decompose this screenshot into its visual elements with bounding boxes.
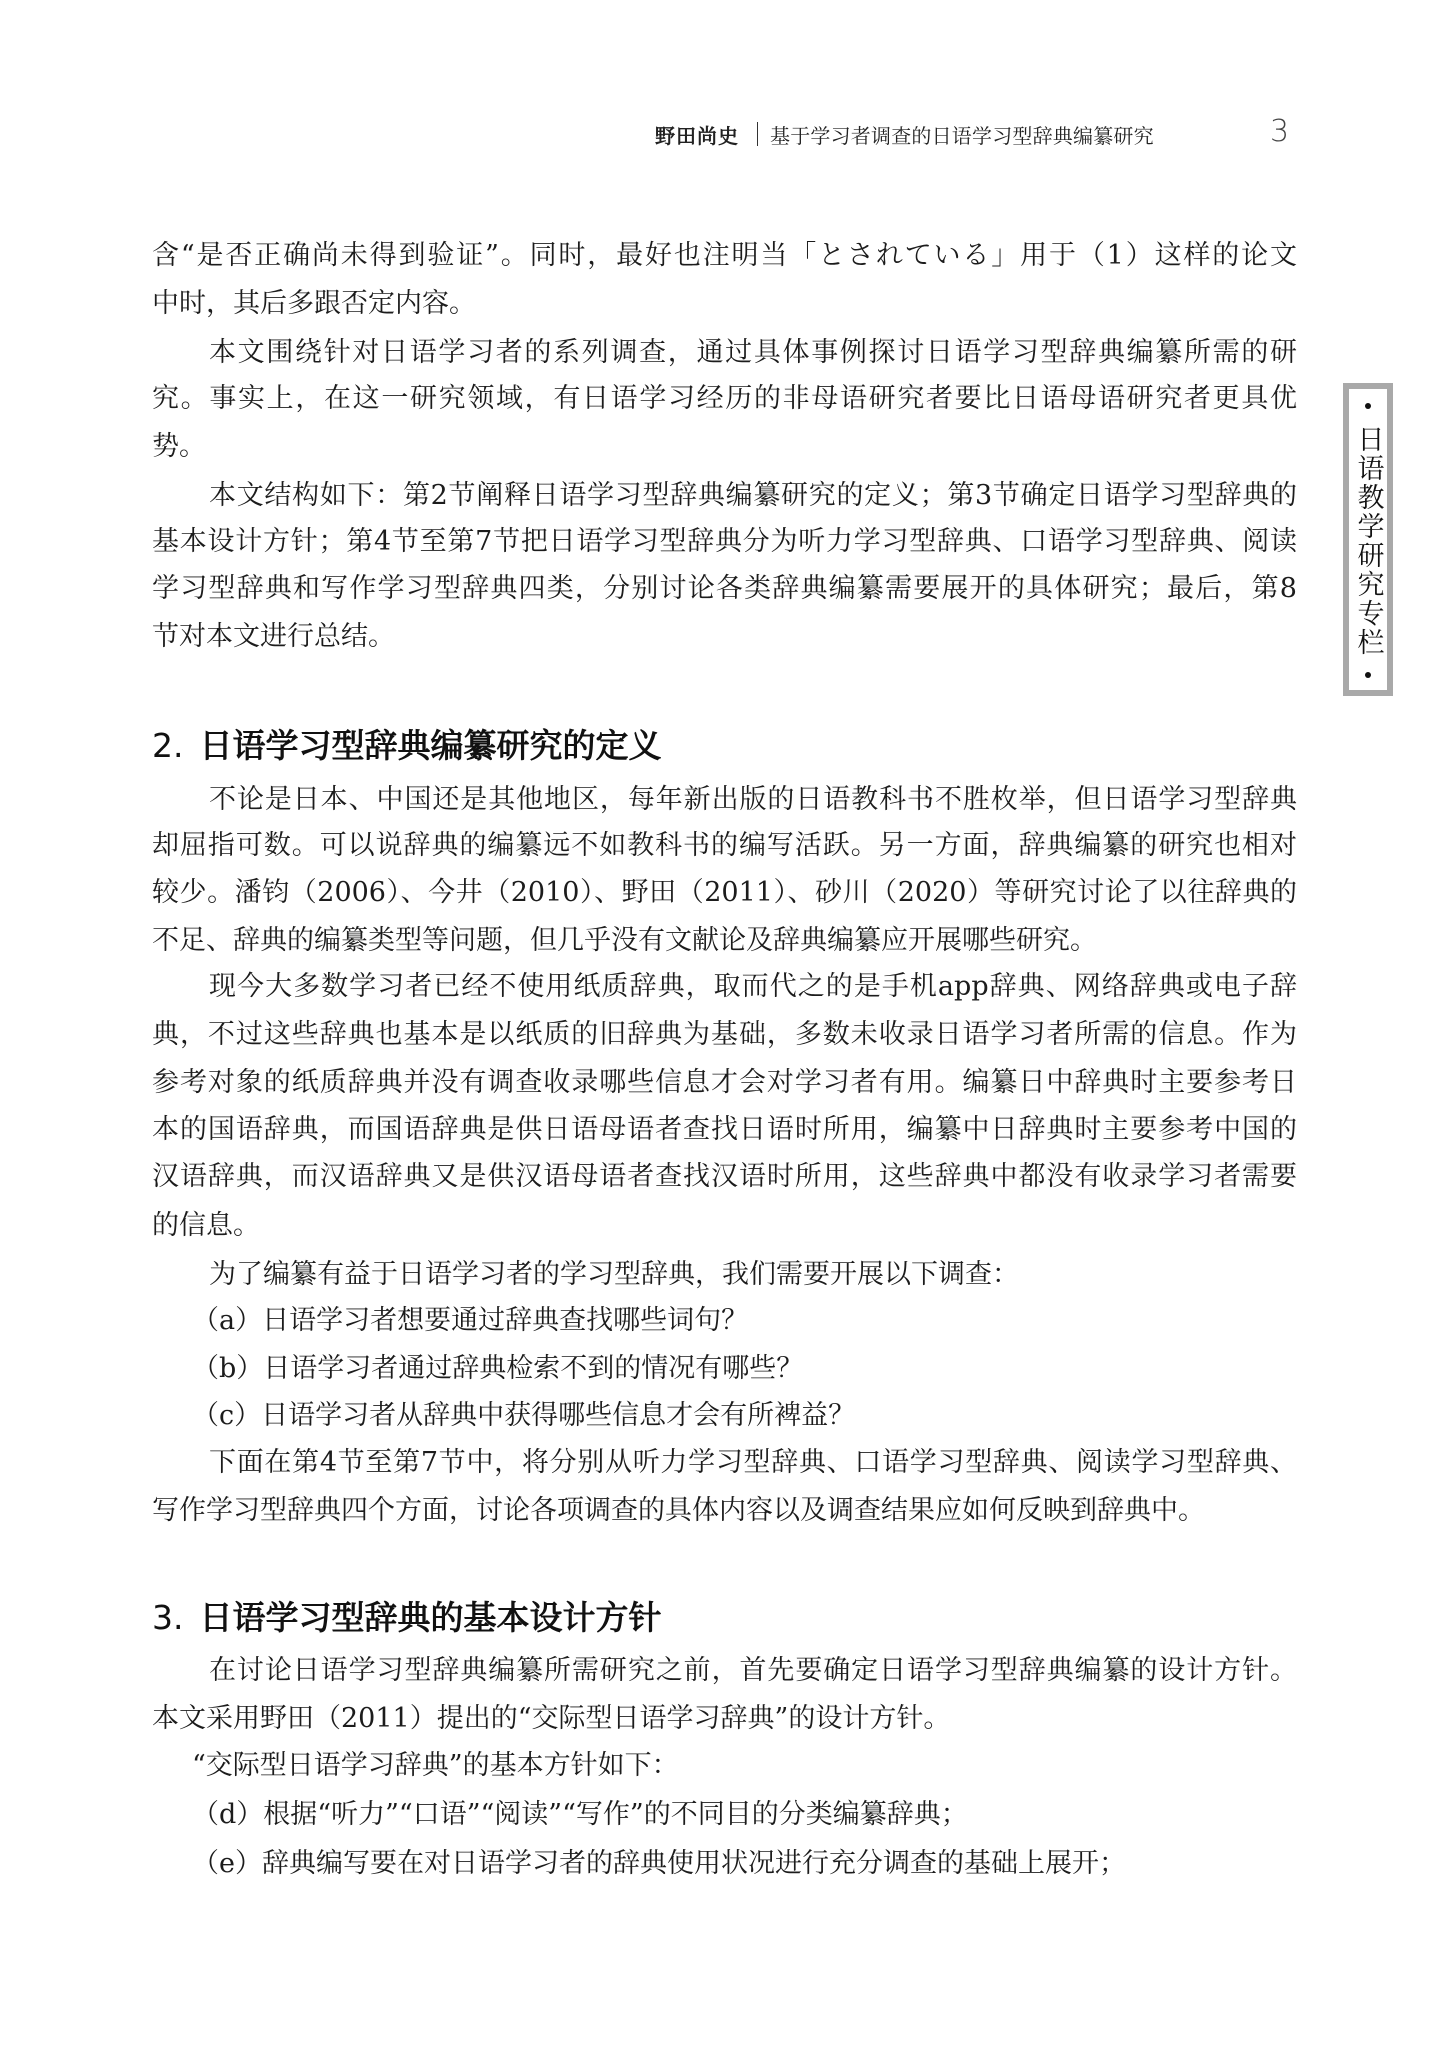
bullet-dot-icon bbox=[1365, 403, 1371, 409]
text-line: 本文结构如下：第2节阐释日语学习型辞典编纂研究的定义；第3节确定日语学习型辞典的 bbox=[152, 480, 1297, 512]
text-line: 较少。潘钧（2006）、今井（2010）、野田（2011）、砂川（2020）等研… bbox=[152, 877, 1297, 909]
text-line: 势。 bbox=[152, 431, 1297, 463]
text-line: 在讨论日语学习型辞典编纂所需研究之前，首先要确定日语学习型辞典编纂的设计方针。 bbox=[152, 1655, 1297, 1687]
column-label: 日语教学研究专栏 bbox=[1355, 425, 1382, 657]
section-number: 2. bbox=[152, 726, 184, 765]
text-line: 现今大多数学习者已经不使用纸质辞典，取而代之的是手机app辞典、网络辞典或电子辞 bbox=[152, 971, 1297, 1003]
text-line: 究。事实上，在这一研究领域，有日语学习经历的非母语研究者要比日语母语研究者更具优 bbox=[152, 383, 1297, 415]
header-author: 野田尚史 bbox=[655, 120, 739, 149]
text-line: 含“是否正确尚未得到验证”。同时，最好也注明当「とされている」用于（1）这样的论… bbox=[152, 240, 1297, 272]
text-line: 却屈指可数。可以说辞典的编纂远不如教科书的编写活跃。另一方面，辞典编纂的研究也相… bbox=[152, 830, 1297, 862]
survey-item-a: （a）日语学习者想要通过辞典查找哪些词句？ bbox=[152, 1305, 1297, 1337]
column-side-tab: 日语教学研究专栏 bbox=[1343, 383, 1393, 696]
text-line: 本文采用野田（2011）提出的“交际型日语学习辞典”的设计方针。 bbox=[152, 1703, 1297, 1735]
bullet-dot-icon bbox=[1365, 672, 1371, 678]
text-line: 写作学习型辞典四个方面，讨论各项调查的具体内容以及调查结果应如何反映到辞典中。 bbox=[152, 1495, 1297, 1527]
section-number: 3. bbox=[152, 1598, 184, 1637]
survey-item-b: （b）日语学习者通过辞典检索不到的情况有哪些？ bbox=[152, 1353, 1297, 1385]
header-article-title: 基于学习者调查的日语学习型辞典编纂研究 bbox=[770, 120, 1154, 149]
text-line: 基本设计方针；第4节至第7节把日语学习型辞典分为听力学习型辞典、口语学习型辞典、… bbox=[152, 526, 1297, 558]
text-line: 本的国语辞典，而国语辞典是供日语母语者查找日语时所用，编纂中日辞典时主要参考中国… bbox=[152, 1114, 1297, 1146]
section-title: 日语学习型辞典编纂研究的定义 bbox=[200, 726, 662, 765]
page-number: 3 bbox=[1270, 114, 1289, 149]
survey-item-c: （c）日语学习者从辞典中获得哪些信息才会有所裨益？ bbox=[152, 1400, 1297, 1432]
text-line: 汉语辞典，而汉语辞典又是供汉语母语者查找汉语时所用，这些辞典中都没有收录学习者需… bbox=[152, 1161, 1297, 1193]
text-line: 学习型辞典和写作学习型辞典四类，分别讨论各类辞典编纂需要展开的具体研究；最后，第… bbox=[152, 573, 1297, 605]
running-header: 野田尚史 基于学习者调查的日语学习型辞典编纂研究 bbox=[655, 116, 1154, 152]
document-page: 野田尚史 基于学习者调查的日语学习型辞典编纂研究 3 日语教学研究专栏 含“是否… bbox=[0, 0, 1450, 2056]
text-line: “交际型日语学习辞典”的基本方针如下： bbox=[152, 1750, 1297, 1782]
text-line: 的信息。 bbox=[152, 1210, 1297, 1242]
section-heading-3: 3.日语学习型辞典的基本设计方针 bbox=[152, 1598, 662, 1638]
section-heading-2: 2.日语学习型辞典编纂研究的定义 bbox=[152, 726, 662, 766]
text-line: 参考对象的纸质辞典并没有调查收录哪些信息才会对学习者有用。编纂日中辞典时主要参考… bbox=[152, 1067, 1297, 1099]
text-line: 节对本文进行总结。 bbox=[152, 621, 1297, 653]
text-line: 下面在第4节至第7节中，将分别从听力学习型辞典、口语学习型辞典、阅读学习型辞典、 bbox=[152, 1447, 1297, 1479]
text-line: 不论是日本、中国还是其他地区，每年新出版的日语教科书不胜枚举，但日语学习型辞典 bbox=[152, 784, 1297, 816]
text-line: 中时，其后多跟否定内容。 bbox=[152, 288, 1297, 320]
section-title: 日语学习型辞典的基本设计方针 bbox=[200, 1598, 662, 1637]
text-line: 不足、辞典的编纂类型等问题，但几乎没有文献论及辞典编纂应开展哪些研究。 bbox=[152, 925, 1297, 957]
text-line: 典，不过这些辞典也基本是以纸质的旧辞典为基础，多数未收录日语学习者所需的信息。作… bbox=[152, 1019, 1297, 1051]
policy-item-e: （e）辞典编写要在对日语学习者的辞典使用状况进行充分调查的基础上展开； bbox=[152, 1848, 1297, 1880]
policy-item-d: （d）根据“听力”“口语”“阅读”“写作”的不同目的分类编纂辞典； bbox=[152, 1799, 1297, 1831]
text-line: 为了编纂有益于日语学习者的学习型辞典，我们需要开展以下调查： bbox=[152, 1259, 1297, 1291]
text-line: 本文围绕针对日语学习者的系列调查，通过具体事例探讨日语学习型辞典编纂所需的研 bbox=[152, 337, 1297, 369]
header-divider bbox=[757, 122, 758, 146]
